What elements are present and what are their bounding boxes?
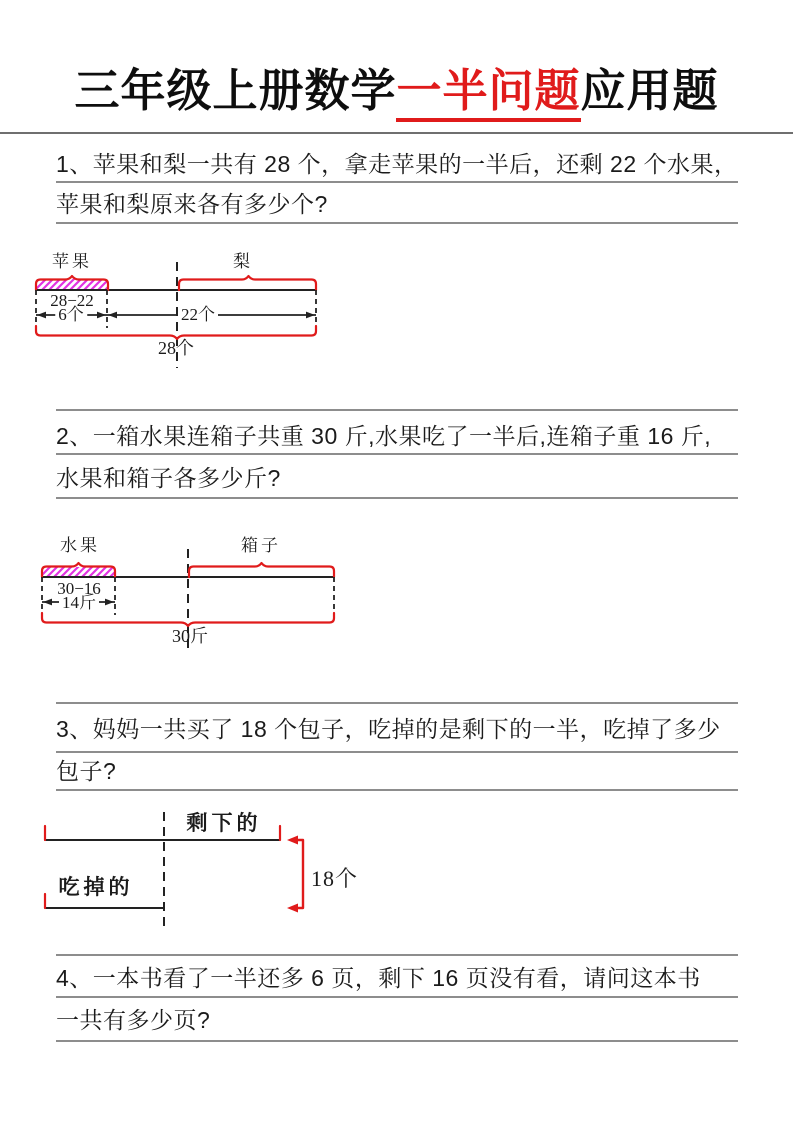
- rule-line: [56, 1040, 738, 1042]
- rule-line: [56, 954, 738, 956]
- rule-line: [56, 181, 738, 183]
- diagram1-pear-label: 梨: [233, 253, 253, 272]
- title-part-right: 应用题: [581, 65, 719, 116]
- rule-line: [56, 702, 738, 704]
- total-bracket: [291, 840, 303, 908]
- title-divider: [0, 132, 793, 134]
- arrowhead-left-icon: [108, 312, 117, 319]
- problem-3-line-1: 3、妈妈一共买了 18 个包子，吃掉的是剩下的一半，吃掉了多少: [56, 715, 721, 744]
- problem-2-line-2: 水果和箱子各多少斤?: [56, 464, 281, 493]
- rule-line: [56, 409, 738, 411]
- diagram1-total: 28个: [158, 339, 194, 359]
- arrowhead-left-icon: [37, 312, 46, 319]
- title-highlight: 一半问题: [396, 65, 580, 122]
- rule-line: [56, 453, 738, 455]
- diagram2-box-label: 箱子: [241, 537, 281, 556]
- arrowhead-right-icon: [105, 599, 114, 606]
- arrowhead-left-icon: [43, 599, 52, 606]
- problem-1-line-1: 1、苹果和梨一共有 28 个，拿走苹果的一半后，还剩 22 个水果，: [56, 150, 738, 179]
- diagram1-dim-left: 6个: [55, 306, 87, 325]
- hatched-apple-half: [37, 279, 107, 290]
- diagram3-eaten-label: 吃掉的: [59, 876, 134, 899]
- diagram3-remaining-label: 剩下的: [187, 812, 262, 835]
- rule-line: [56, 751, 738, 753]
- problem-3-line-2: 包子?: [56, 757, 116, 786]
- pear-overbrace: [179, 276, 316, 290]
- box-overbrace: [189, 563, 334, 577]
- worksheet-page: 三年级上册数学一半问题应用题 1、苹果和梨一共有 28 个，拿走苹果的一半后，还…: [0, 0, 793, 1122]
- page-title: 三年级上册数学一半问题应用题: [0, 54, 793, 119]
- rule-line: [56, 222, 738, 224]
- problem-4-line-1: 4、一本书看了一半还多 6 页，剩下 16 页没有看，请问这本书: [56, 964, 701, 993]
- bracket-arrowhead-bottom-icon: [287, 904, 298, 913]
- diagram2-total: 30斤: [172, 627, 208, 647]
- diagram1-apple-label: 苹果: [52, 253, 92, 272]
- diagram2-dim-left: 14斤: [59, 594, 99, 613]
- problem-2-line-1: 2、一箱水果连箱子共重 30 斤,水果吃了一半后,连箱子重 16 斤,: [56, 422, 711, 451]
- problem-4-line-2: 一共有多少页?: [56, 1006, 210, 1035]
- diagram3-total: 18个: [311, 867, 358, 891]
- diagram1-dim-right: 22个: [178, 306, 218, 325]
- rule-line: [56, 497, 738, 499]
- title-part-left: 三年级上册数学: [74, 65, 396, 116]
- problem-1-line-2: 苹果和梨原来各有多少个?: [56, 190, 328, 219]
- arrowhead-right-icon: [97, 312, 106, 319]
- arrowhead-right-icon: [306, 312, 315, 319]
- rule-line: [56, 789, 738, 791]
- bracket-arrowhead-top-icon: [287, 836, 298, 845]
- rule-line: [56, 996, 738, 998]
- diagram2-fruit-label: 水果: [60, 537, 100, 556]
- hatched-fruit-half: [43, 567, 114, 577]
